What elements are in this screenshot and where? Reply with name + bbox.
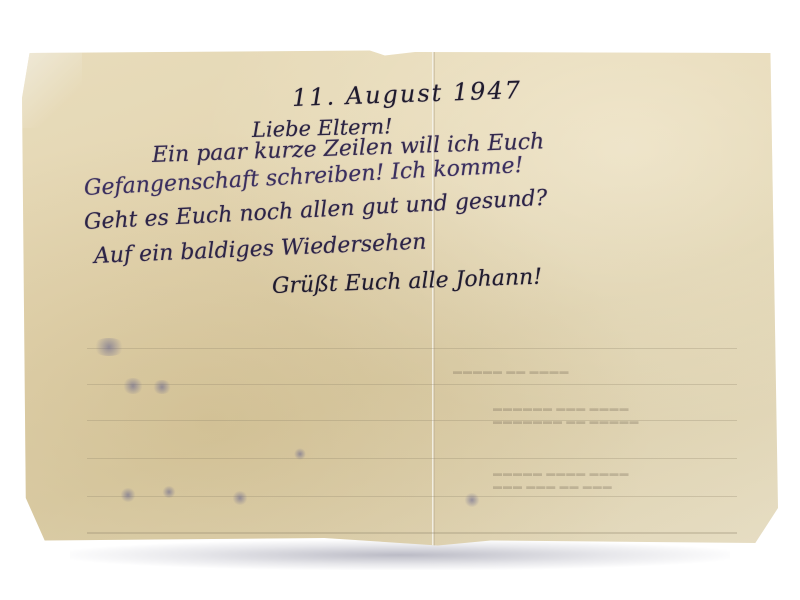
bleed-through-print: ▬▬▬▬ ▬▬ ▬▬▬▬▬ xyxy=(452,366,569,376)
ruled-line xyxy=(87,532,737,534)
letter-signature: Grüßt Euch alle Johann! xyxy=(272,265,543,299)
ink-blot xyxy=(232,491,248,505)
ink-blot xyxy=(152,380,172,394)
ink-blot xyxy=(464,493,480,507)
ink-blot xyxy=(122,378,144,394)
ruled-line xyxy=(87,348,737,349)
ruled-line xyxy=(87,384,737,385)
ruled-line xyxy=(87,496,737,497)
corner-fold xyxy=(22,48,82,128)
letter-line: Auf ein baldiges Wiedersehen xyxy=(93,229,426,268)
ink-blot xyxy=(294,448,306,460)
ink-blot xyxy=(162,486,176,498)
postcard: ▬▬▬▬ ▬▬ ▬▬▬▬▬ ▬▬▬▬ ▬▬▬ ▬▬▬▬▬▬ ▬▬▬▬▬ ▬▬ ▬… xyxy=(22,48,778,548)
ruled-line xyxy=(87,420,737,421)
ink-blot xyxy=(92,338,126,356)
bleed-through-print: ▬▬▬▬ ▬▬▬▬ ▬▬▬▬▬ xyxy=(492,468,629,478)
bleed-through-print: ▬▬▬▬ ▬▬▬ ▬▬▬▬▬▬ xyxy=(492,403,629,413)
bleed-through-print: ▬▬▬▬▬ ▬▬ ▬▬▬▬▬▬▬ xyxy=(492,416,639,426)
drop-shadow xyxy=(70,540,730,570)
ruled-line xyxy=(87,458,737,459)
center-crease xyxy=(432,48,435,548)
letter-date: 11. August 1947 xyxy=(292,76,523,112)
bleed-through-print: ▬▬▬ ▬▬ ▬▬▬ ▬▬▬ xyxy=(492,481,612,491)
ink-blot xyxy=(120,488,136,502)
